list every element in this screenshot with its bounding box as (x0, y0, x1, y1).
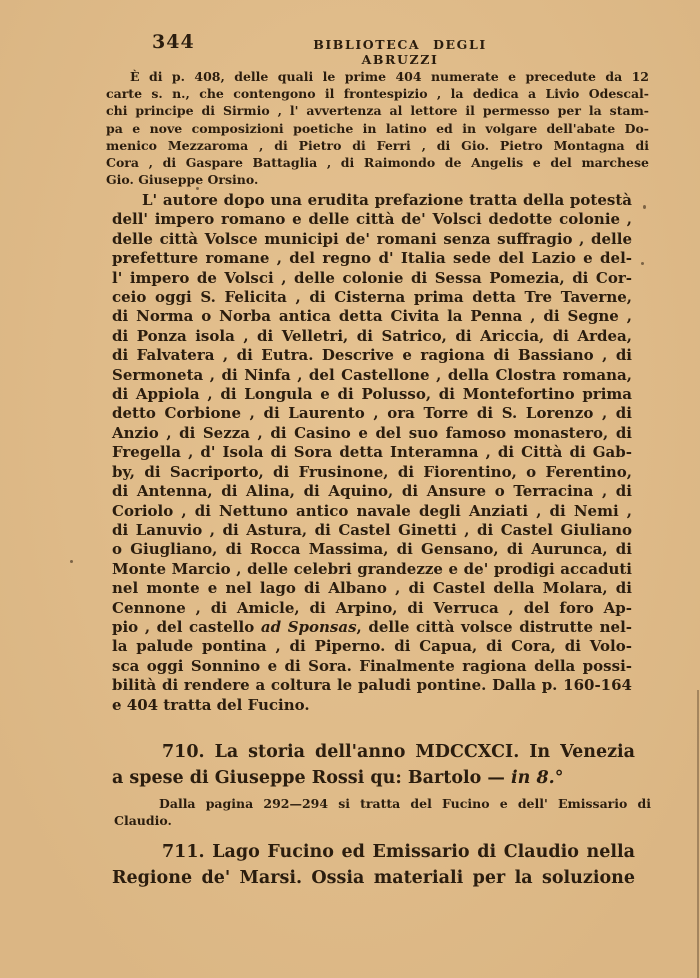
text-line: di Lanuvio , di Astura, di Castel Ginett… (112, 521, 632, 540)
text-line: di Appiola , di Longula e di Polusso, di… (112, 385, 632, 404)
text-line: L' autore dopo una erudita prefazione tr… (112, 191, 632, 210)
text-line: sca oggi Sonnino e di Sora. Finalmente r… (112, 657, 632, 676)
text-line: detto Corbione , di Laurento , ora Torre… (112, 404, 632, 423)
text-line: by, di Sacriporto, di Frusinone, di Fior… (112, 463, 632, 482)
text-line: 711. Lago Fucino ed Emissario di Claudio… (112, 839, 635, 865)
entry-710-heading: 710. La storia dell'anno MDCCXCI. In Ven… (112, 740, 635, 791)
text-line: di Antenna, di Alina, di Aquino, di Ansu… (112, 482, 632, 501)
text-line: 710. La storia dell'anno MDCCXCI. In Ven… (112, 740, 635, 766)
ink-speck (196, 187, 199, 190)
text-line: di Falvatera , di Eutra. Descrive e ragi… (112, 346, 632, 365)
entry-description-paragraph: L' autore dopo una erudita prefazione tr… (112, 191, 632, 715)
text-line: Coriolo , di Nettuno antico navale degli… (112, 502, 632, 521)
entry-711-heading: 711. Lago Fucino ed Emissario di Claudio… (112, 839, 635, 891)
text-line: dell' impero romano e delle città de' Vo… (112, 210, 632, 229)
text-line: Anzio , di Sezza , di Casino e del suo f… (112, 424, 632, 443)
text-line: Cora , di Gaspare Battaglia , di Raimond… (106, 154, 649, 171)
text-line: Gio. Giuseppe Orsino. (106, 171, 649, 188)
page-number: 344 (152, 31, 195, 53)
running-title: BIBLIOTECA DEGLI ABRUZZI (275, 37, 525, 67)
text-line: chi principe di Sirmio , l' avvertenza a… (106, 102, 649, 119)
scan-edge-shadow (697, 690, 699, 978)
text-line: Dalla pagina 292—294 si tratta del Fucin… (114, 795, 651, 812)
text-line: e 404 tratta del Fucino. (112, 696, 632, 715)
text-line: È di p. 408, delle quali le prime 404 nu… (106, 68, 649, 85)
text-line: la palude pontina , di Piperno. di Capua… (112, 637, 632, 656)
text-line: bilità di rendere a coltura le paludi po… (112, 676, 632, 695)
text-line: Sermoneta , di Ninfa , del Castellone , … (112, 366, 632, 385)
ink-speck (70, 560, 73, 563)
text-line: Monte Marcio , delle celebri grandezze e… (112, 560, 632, 579)
collation-note-paragraph: È di p. 408, delle quali le prime 404 nu… (106, 68, 649, 188)
text-line: menico Mezzaroma , di Pietro di Ferri , … (106, 137, 649, 154)
text-line: pio , del castello ad Sponsas, delle cit… (112, 618, 632, 637)
scanned-book-page: 344 BIBLIOTECA DEGLI ABRUZZI È di p. 408… (0, 0, 700, 978)
text-line: a spese di Giuseppe Rossi qu: Bartolo — … (112, 766, 635, 792)
text-line: Cennone , di Amicle, di Arpino, di Verru… (112, 599, 632, 618)
text-line: Fregella , d' Isola di Sora detta Intera… (112, 443, 632, 462)
text-line: carte s. n., che contengono il frontespi… (106, 85, 649, 102)
text-line: Regione de' Marsi. Ossia materiali per l… (112, 865, 635, 891)
entry-710-note: Dalla pagina 292—294 si tratta del Fucin… (114, 795, 651, 829)
text-line: l' impero de Volsci , delle colonie di S… (112, 269, 632, 288)
text-line: o Giugliano, di Rocca Massima, di Gensan… (112, 540, 632, 559)
text-line: delle città Volsce municipi de' romani s… (112, 230, 632, 249)
ink-speck (641, 262, 644, 265)
text-line: di Norma o Norba antica detta Civita la … (112, 307, 632, 326)
text-line: nel monte e nel lago di Albano , di Cast… (112, 579, 632, 598)
ink-speck (643, 205, 646, 209)
text-line: pa e nove composizioni poetiche in latin… (106, 120, 649, 137)
text-line: ceio oggi S. Felicita , di Cisterna prim… (112, 288, 632, 307)
text-line: prefetture romane , del regno d' Italia … (112, 249, 632, 268)
text-line: di Ponza isola , di Velletri, di Satrico… (112, 327, 632, 346)
text-line: Claudio. (114, 812, 651, 829)
